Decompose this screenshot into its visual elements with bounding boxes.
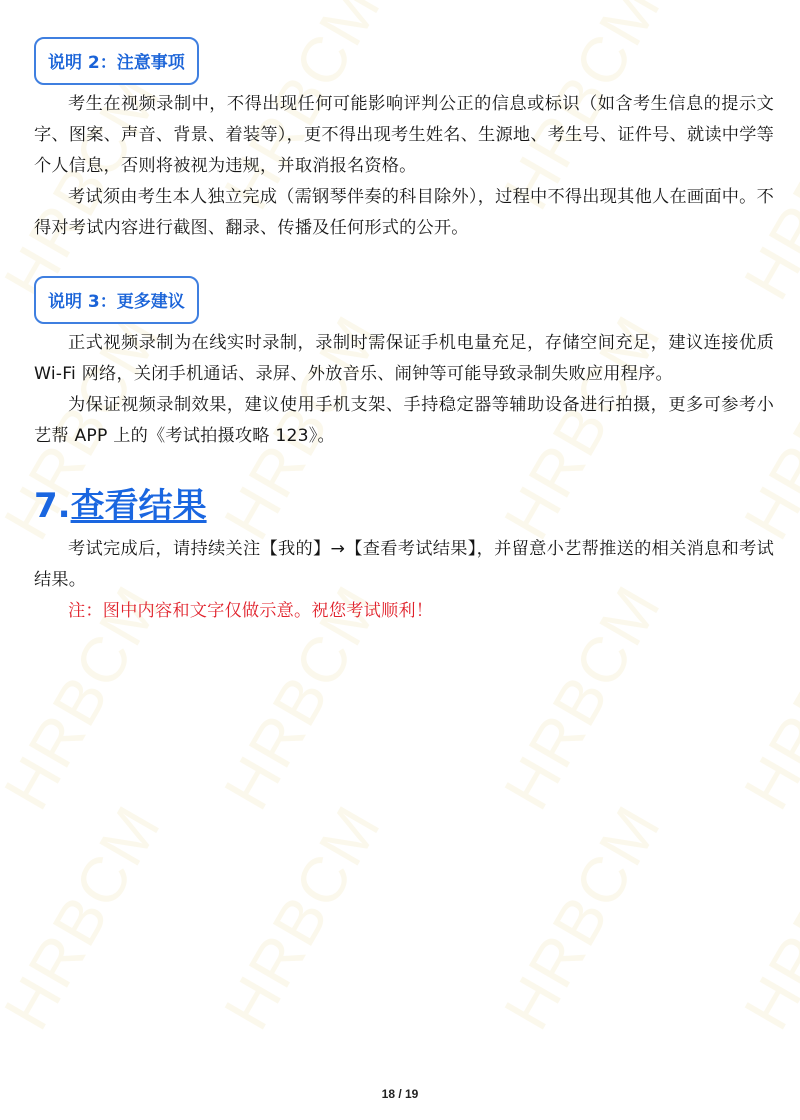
- note-2-title-box: 说明 2：注意事项: [34, 37, 199, 85]
- disclaimer-note: 注：图中内容和文字仅做示意。祝您考试顺利！: [34, 596, 774, 627]
- note-2-paragraph-2: 考试须由考生本人独立完成（需钢琴伴奏的科目除外），过程中不得出现其他人在画面中。…: [34, 182, 774, 244]
- watermark: HRBCM: [489, 793, 675, 1042]
- note-3-paragraph-1: 正式视频录制为在线实时录制，录制时需保证手机电量充足，存储空间充足，建议连接优质…: [34, 328, 774, 390]
- section-number: 7.: [34, 486, 71, 526]
- section-7-paragraph: 考试完成后，请持续关注【我的】→【查看考试结果】，并留意小艺帮推送的相关消息和考…: [34, 534, 774, 596]
- note-3-title-box: 说明 3：更多建议: [34, 276, 199, 324]
- watermark: HRBCM: [209, 793, 395, 1042]
- watermark: HRBCM: [0, 793, 176, 1042]
- page-number: 18 / 19: [0, 1087, 800, 1101]
- note-2-paragraph-1: 考生在视频录制中，不得出现任何可能影响评判公正的信息或标识（如含考生信息的提示文…: [34, 89, 774, 182]
- watermark: HRBCM: [729, 793, 800, 1042]
- section-title: 查看结果: [71, 486, 207, 526]
- section-heading: 7.查看结果: [34, 484, 207, 528]
- note-3-paragraph-2: 为保证视频录制效果，建议使用手机支架、手持稳定器等辅助设备进行拍摄，更多可参考小…: [34, 390, 774, 452]
